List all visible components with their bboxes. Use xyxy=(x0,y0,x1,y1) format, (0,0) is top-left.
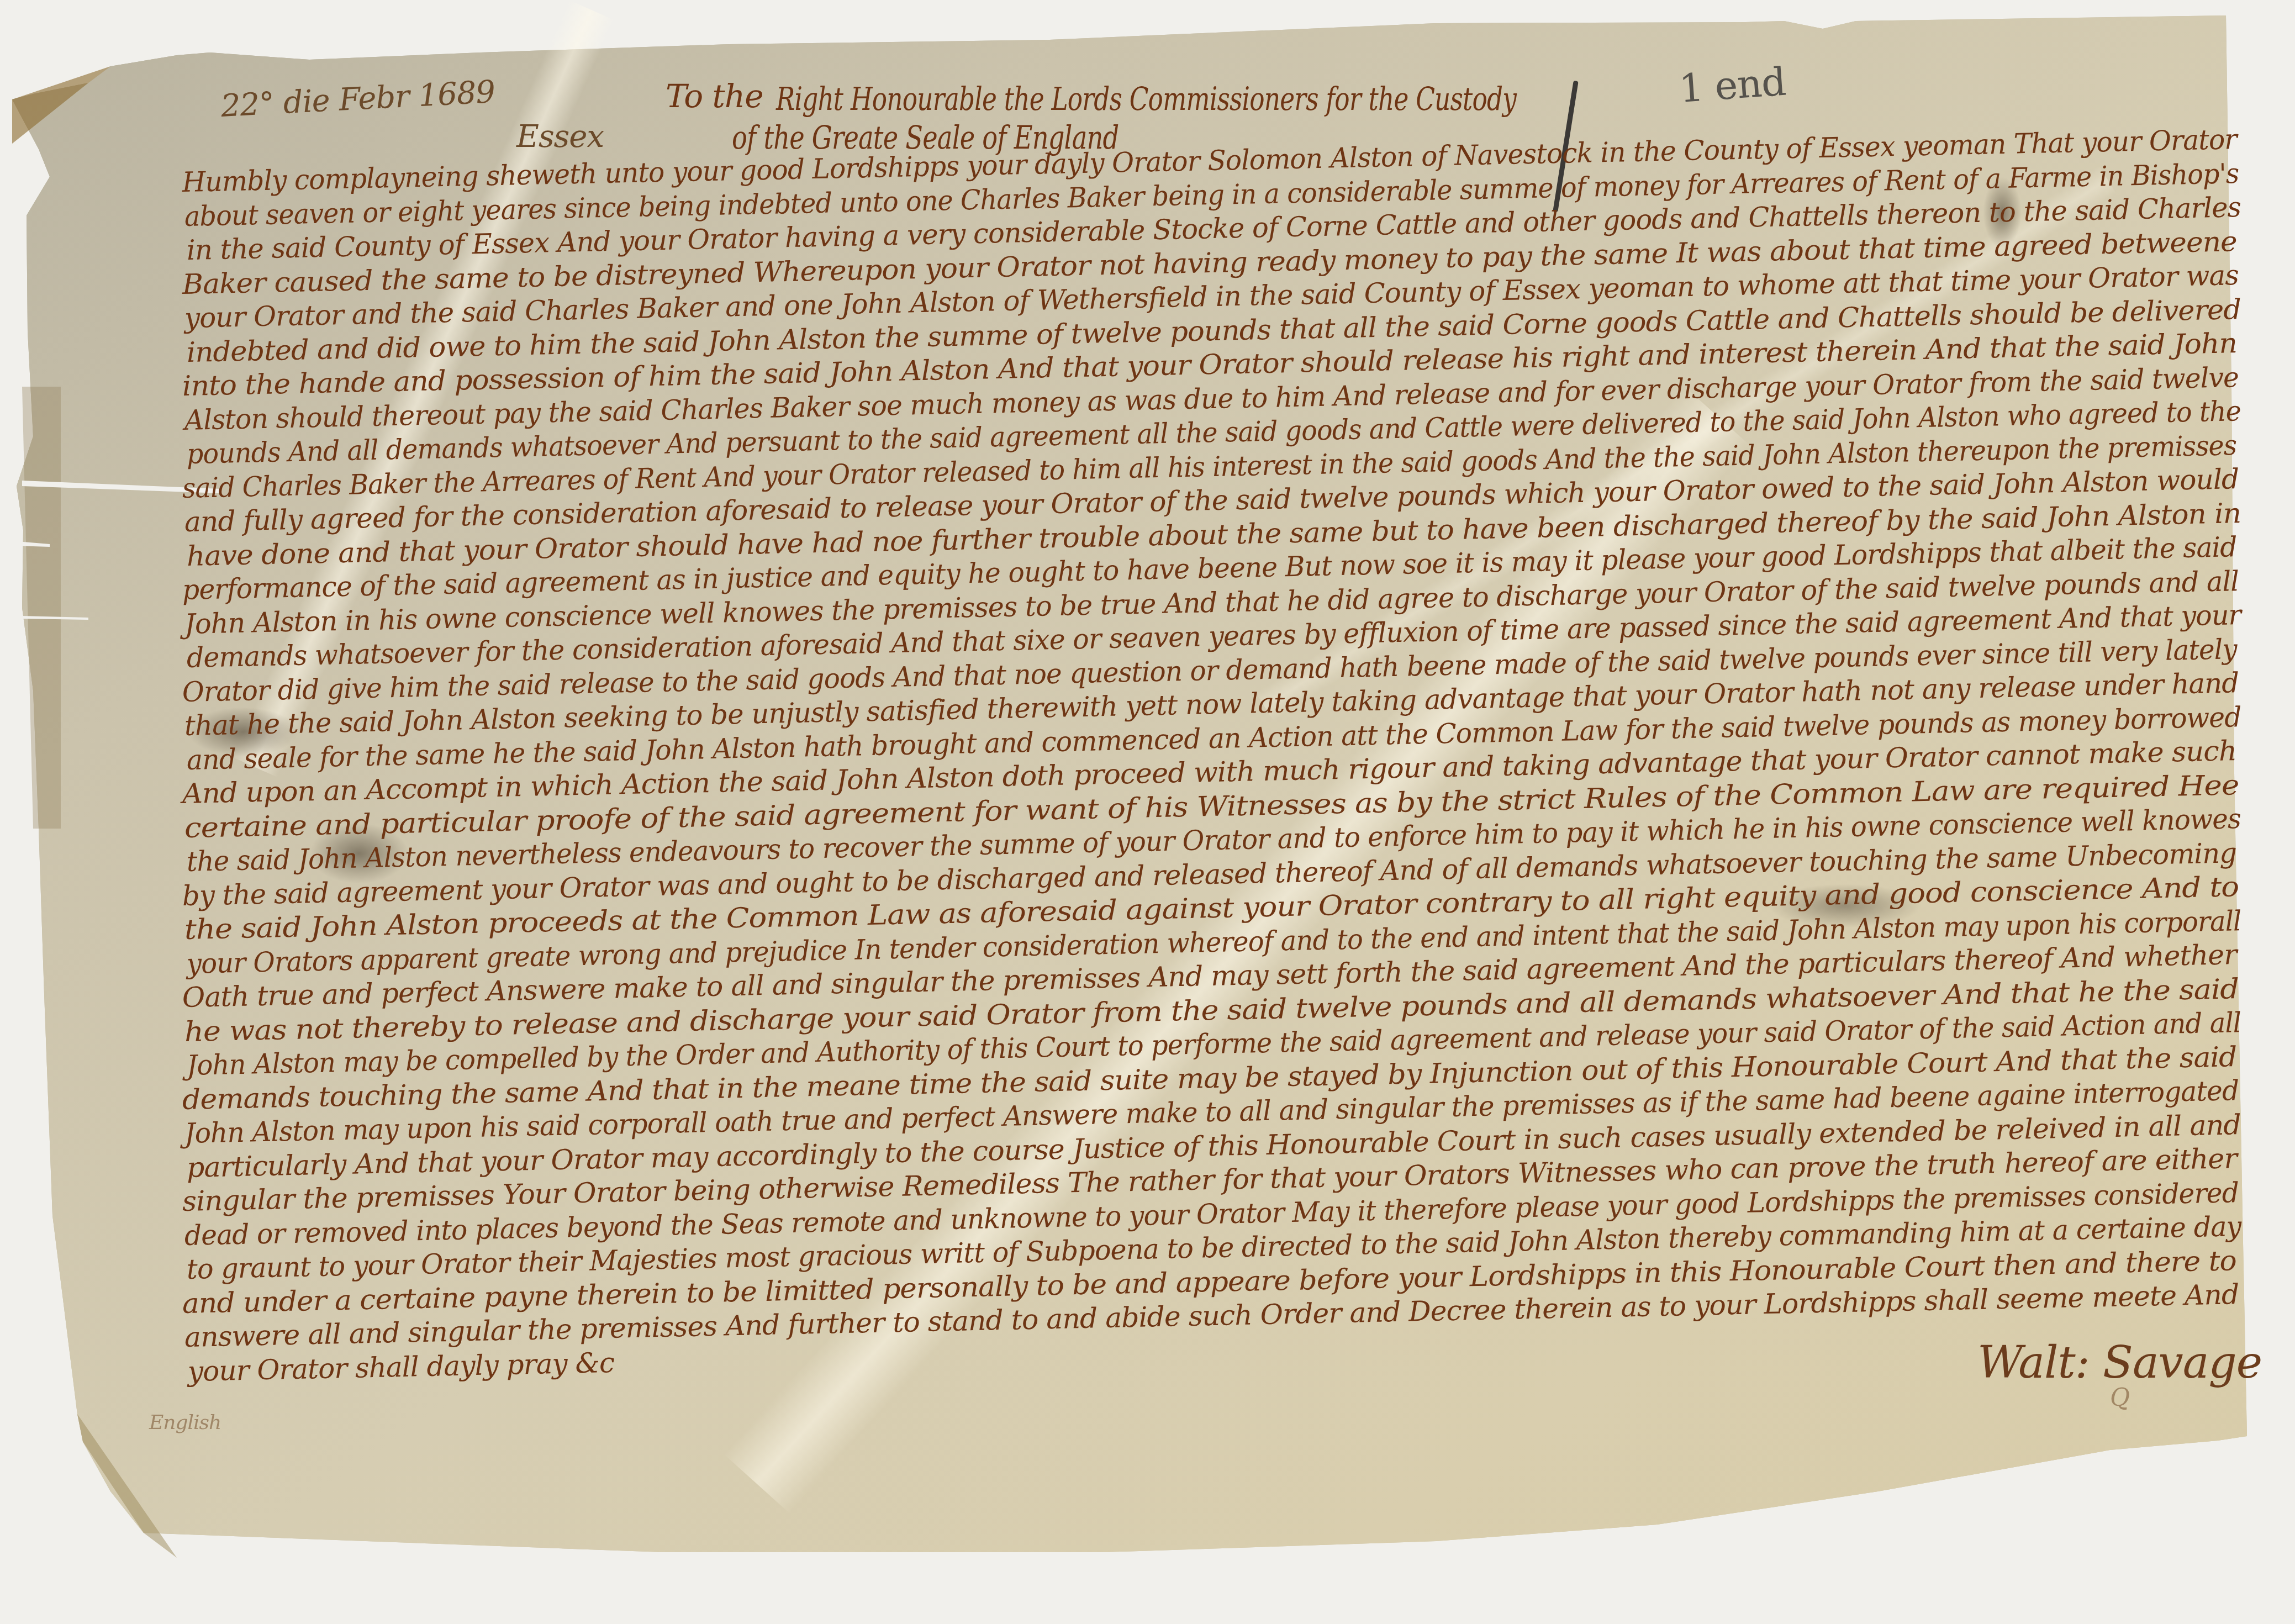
pencil-annotation: 1 end xyxy=(1677,59,1787,112)
lower-left-endorsement: English xyxy=(149,1411,221,1434)
manuscript-text: 22° die Febr 1689 To the Essex Right Hon… xyxy=(0,0,2295,1624)
marginal-county: Essex xyxy=(516,119,604,155)
address-prefix: To the xyxy=(666,77,763,115)
marginal-date: 22° die Febr 1689 xyxy=(220,74,495,124)
address-line-1: Right Honourable the Lords Commissioners… xyxy=(776,80,1516,118)
signature-flourish: Q xyxy=(2110,1384,2129,1412)
signature: Walt: Savage xyxy=(1977,1337,2262,1388)
